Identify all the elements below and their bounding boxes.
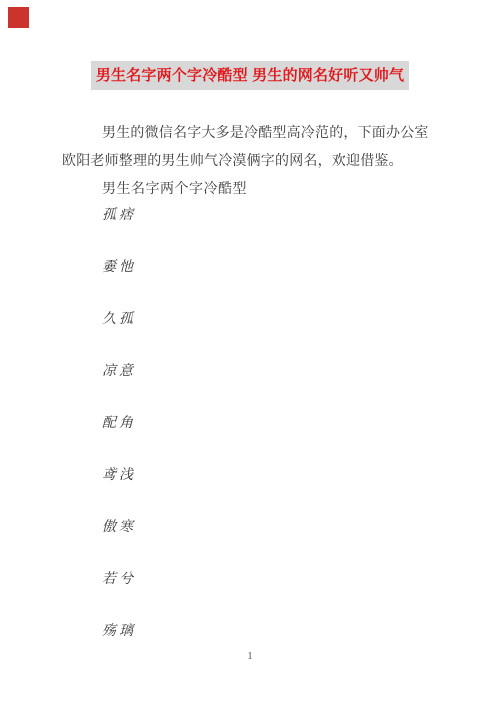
title-row: 男生名字两个字冷酷型 男生的网名好听又帅气 — [0, 61, 500, 90]
name-list-item: 凉意 — [102, 364, 136, 416]
section-subheading: 男生名字两个字冷酷型 — [102, 182, 247, 197]
page-title: 男生名字两个字冷酷型 男生的网名好听又帅气 — [91, 61, 409, 90]
name-list-item: 配角 — [102, 416, 136, 468]
name-list: 孤痞 嫑忚 久孤 凉意 配角 鸢浅 傲寒 若兮 殇璃 — [102, 208, 136, 676]
name-list-item: 傲寒 — [102, 520, 136, 572]
name-list-item: 若兮 — [102, 572, 136, 624]
document-page: 男生名字两个字冷酷型 男生的网名好听又帅气 男生的微信名字大多是冷酷型高冷范的，… — [0, 0, 500, 708]
name-list-item: 孤痞 — [102, 208, 136, 260]
name-list-item: 嫑忚 — [102, 260, 136, 312]
intro-paragraph: 男生的微信名字大多是冷酷型高冷范的，下面办公室 欧阳老师整理的男生帅气冷漠俩字的… — [62, 120, 442, 176]
intro-line-2: 欧阳老师整理的男生帅气冷漠俩字的网名，欢迎借鉴。 — [62, 148, 442, 176]
intro-line-1: 男生的微信名字大多是冷酷型高冷范的，下面办公室 — [62, 120, 442, 148]
corner-red-square — [8, 7, 29, 28]
name-list-item: 久孤 — [102, 312, 136, 364]
page-number: 1 — [248, 651, 253, 662]
page-footer: 1 — [0, 646, 500, 664]
name-list-item: 鸢浅 — [102, 468, 136, 520]
